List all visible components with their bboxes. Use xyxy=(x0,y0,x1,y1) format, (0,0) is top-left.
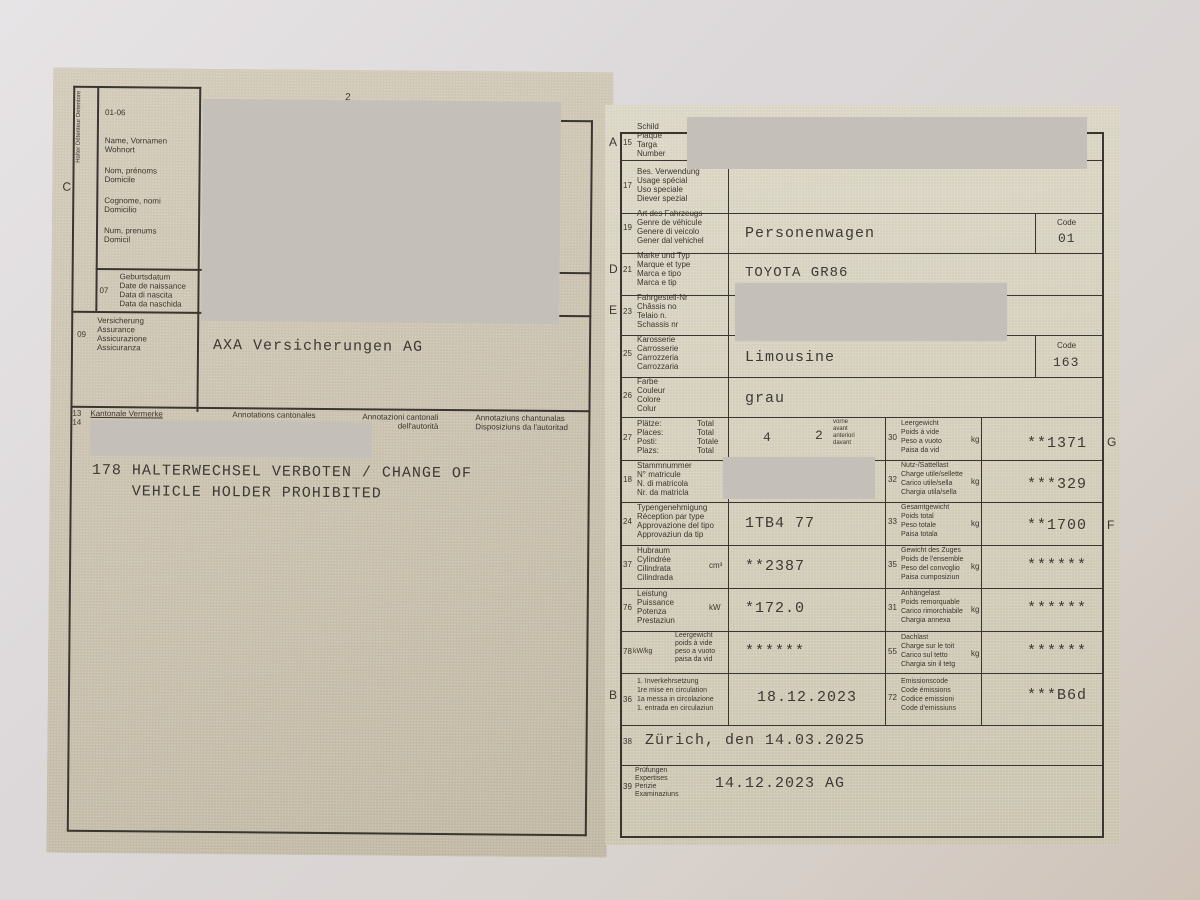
roof-load-value: ****** xyxy=(1027,643,1087,660)
place-date-value: Zürich, den 14.03.2025 xyxy=(645,732,865,749)
matriculation-code: 18 xyxy=(623,475,632,484)
first-registration-labels: 1. Inverkehrsetzung 1re mise en circulat… xyxy=(637,677,714,713)
make-model-labels: Marke und Typ Marque et type Marca e tip… xyxy=(637,251,690,287)
emission-code-number: 72 xyxy=(888,693,897,702)
holder-vertical-label: Halter Détenteur Detentore xyxy=(75,91,85,163)
birthdate-labels: Geburtsdatum Date de naissance Data di n… xyxy=(119,272,186,309)
cantonal-label-rm: Annotaziuns chantunalas Disposiziuns da … xyxy=(475,413,568,432)
plate-code: 15 xyxy=(623,138,632,147)
holder-label-rm: Num, prenums Domicil xyxy=(104,226,157,244)
total-weight-unit: kg xyxy=(971,519,979,528)
cantonal-note: 178 HALTERWECHSEL VERBOTEN / CHANGE OF V… xyxy=(92,460,472,505)
vehicle-type-value: Personenwagen xyxy=(745,225,875,242)
color-value: grau xyxy=(745,390,785,407)
type-approval-labels: Typengenehmigung Réception par type Appr… xyxy=(637,503,714,539)
make-model-code: 21 xyxy=(623,265,632,274)
inspections-labels: Prüfungen Expertises Perizie Examinaziun… xyxy=(635,767,679,799)
first-registration-value: 18.12.2023 xyxy=(757,689,857,706)
power-value: *172.0 xyxy=(745,600,805,617)
side-letter-g: G xyxy=(1107,435,1116,449)
payload-value: ***329 xyxy=(1027,476,1087,493)
roof-load-code: 55 xyxy=(888,647,897,656)
seats-total-labels: Total Total Totale Total xyxy=(697,419,718,455)
inspections-value: 14.12.2023 AG xyxy=(715,775,845,792)
displacement-labels: Hubraum Cylindrée Cilindrata Cilindrada xyxy=(637,546,673,582)
empty-weight-code: 30 xyxy=(888,433,897,442)
body-code-value: 163 xyxy=(1053,355,1079,370)
side-letter-a: A xyxy=(609,135,617,149)
special-use-code: 17 xyxy=(623,181,632,190)
type-approval-code: 24 xyxy=(623,517,632,526)
cantonal-label-it: Annotazioni cantonali dell'autorità xyxy=(362,412,438,431)
matriculation-labels: Stammnummer N° matricule N. di matricola… xyxy=(637,461,692,497)
type-approval-value: 1TB4 77 xyxy=(745,515,815,532)
body-code: 25 xyxy=(623,349,632,358)
power-code: 76 xyxy=(623,603,632,612)
seats-labels: Plätze: Places: Posti: Plazs: xyxy=(637,419,663,455)
chassis-code: 23 xyxy=(623,307,632,316)
insurance-code: 09 xyxy=(77,330,86,339)
holder-label-fr: Nom, prénoms Domicile xyxy=(104,166,157,184)
special-use-labels: Bes. Verwendung Usage spécial Uso specia… xyxy=(637,167,700,203)
train-weight-unit: kg xyxy=(971,562,979,571)
displacement-value: **2387 xyxy=(745,558,805,575)
redacted-holder-name xyxy=(201,99,561,324)
side-letter-f: F xyxy=(1107,518,1114,532)
right-page: A D E B G F 15 Schild Plaque Targa Numbe… xyxy=(605,105,1120,845)
insurance-labels: Versicherung Assurance Assicurazione Ass… xyxy=(97,316,147,352)
vehicle-type-code-label: Code xyxy=(1057,218,1076,227)
vehicle-type-labels: Art des Fahrzeugs Genre de véhicule Gene… xyxy=(637,209,704,245)
seats-front-labels: vorne avant anteriori davant xyxy=(833,419,855,447)
roof-load-unit: kg xyxy=(971,649,979,658)
trailer-load-code: 31 xyxy=(888,603,897,612)
place-date-code: 38 xyxy=(623,737,632,746)
section-letter-c: C xyxy=(62,180,71,194)
inspections-code: 39 xyxy=(623,782,632,791)
empty-weight-unit: kg xyxy=(971,435,979,444)
side-letter-d: D xyxy=(609,262,618,276)
body-value: Limousine xyxy=(745,349,835,366)
train-weight-code: 35 xyxy=(888,560,897,569)
redacted-matriculation xyxy=(723,457,875,499)
redacted-plate xyxy=(687,117,1087,169)
trailer-load-labels: Anhängelast Poids remorquable Carico rim… xyxy=(901,589,963,625)
body-labels: Karosserie Carrosserie Carrozzeria Carro… xyxy=(637,335,678,371)
redacted-chassis xyxy=(735,283,1007,341)
first-registration-code: 36 xyxy=(623,695,632,704)
side-letter-b: B xyxy=(609,688,617,702)
insurance-value: AXA Versicherungen AG xyxy=(213,337,423,356)
cantonal-label-de: Kantonale Vermerke xyxy=(90,409,163,419)
power-labels: Leistung Puissance Potenza Prestaziun xyxy=(637,589,675,625)
train-weight-value: ****** xyxy=(1027,557,1087,574)
body-code-label: Code xyxy=(1057,341,1076,350)
seats-front-value: 2 xyxy=(815,428,824,443)
trailer-load-value: ****** xyxy=(1027,600,1087,617)
birthdate-code: 07 xyxy=(99,286,108,295)
payload-labels: Nutz-/Sattellast Charge utile/sellette C… xyxy=(901,461,963,497)
empty-weight-labels: Leergewicht Poids à vide Peso a vuoto Pa… xyxy=(901,419,942,455)
seats-code: 27 xyxy=(623,433,632,442)
redacted-cantonal-note xyxy=(90,420,372,458)
cantonal-label-fr: Annotations cantonales xyxy=(232,410,315,420)
color-labels: Farbe Couleur Colore Colur xyxy=(637,377,665,413)
total-weight-code: 33 xyxy=(888,517,897,526)
holder-label-it: Cognome, nomi Domicilio xyxy=(104,196,161,214)
cantonal-code: 13 14 xyxy=(72,409,81,427)
power-weight-unit: kW/kg xyxy=(633,647,652,656)
power-weight-value: ****** xyxy=(745,643,805,660)
emission-code-labels: Emissionscode Code émissions Codice emis… xyxy=(901,677,956,713)
power-weight-labels: Leergewicht poids à vide peso a vuoto pa… xyxy=(675,632,715,664)
total-weight-value: **1700 xyxy=(1027,517,1087,534)
plate-labels: Schild Plaque Targa Number xyxy=(637,122,665,158)
left-page: 2 C Halter Détenteur Detentore 01-06 Nam… xyxy=(47,68,614,858)
empty-weight-value: **1371 xyxy=(1027,435,1087,452)
power-unit: kW xyxy=(709,603,721,612)
displacement-code: 37 xyxy=(623,560,632,569)
chassis-labels: Fahrgestell-Nr Châssis no Telaio n. Scha… xyxy=(637,293,688,329)
roof-load-labels: Dachlast Charge sur le toit Carico sul t… xyxy=(901,633,955,669)
make-model-value: TOYOTA GR86 xyxy=(745,265,848,281)
emission-code-value: ***B6d xyxy=(1027,687,1087,704)
trailer-load-unit: kg xyxy=(971,605,979,614)
payload-unit: kg xyxy=(971,477,979,486)
vehicle-type-code-value: 01 xyxy=(1058,231,1076,246)
total-weight-labels: Gesamtgewicht Poids total Peso totale Pa… xyxy=(901,503,949,539)
payload-code: 32 xyxy=(888,475,897,484)
vehicle-type-code: 19 xyxy=(623,223,632,232)
holder-code: 01-06 xyxy=(105,108,126,117)
seats-total-value: 4 xyxy=(763,430,772,445)
color-code: 26 xyxy=(623,391,632,400)
train-weight-labels: Gewicht des Zuges Poids de l'ensemble Pe… xyxy=(901,546,963,582)
displacement-unit: cm³ xyxy=(709,561,722,570)
side-letter-e: E xyxy=(609,303,617,317)
holder-label-de: Name, Vornamen Wohnort xyxy=(105,136,167,155)
power-weight-code: 78 xyxy=(623,647,632,656)
